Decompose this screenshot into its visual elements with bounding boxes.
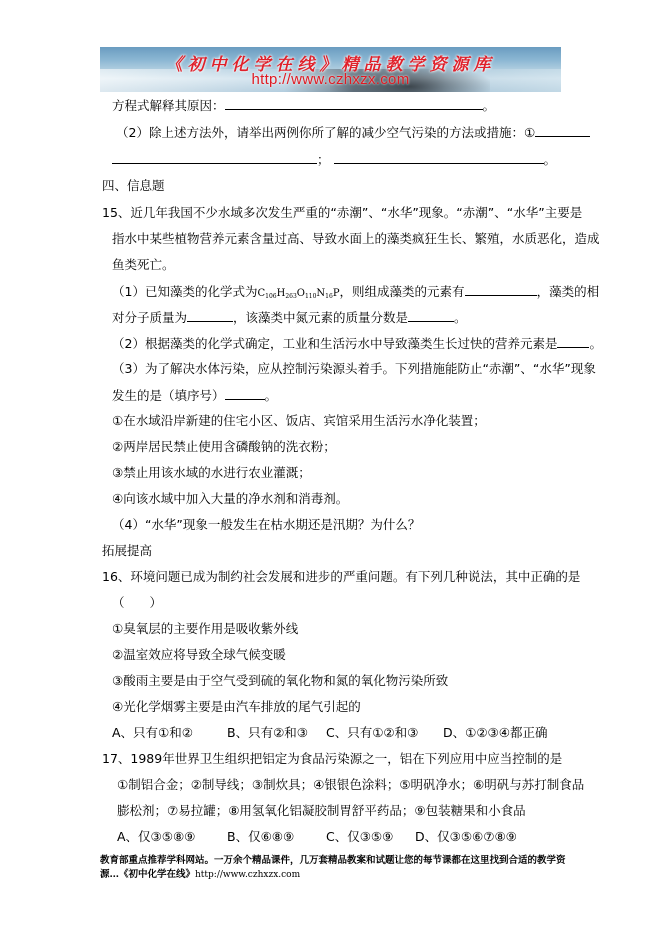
- q16-choice-b[interactable]: B、只有②和③: [227, 724, 308, 742]
- q17-choice-a[interactable]: A、仅③⑤⑧⑨: [117, 828, 195, 846]
- q15-option-1: ①在水域沿岸新建的住宅小区、饭店、宾馆采用生活污水净化装置；: [112, 412, 486, 430]
- q15-text-line-1: 15、近几年我国不少水域多次发生严重的“赤潮”、“水华”现象。“赤潮”、“水华”…: [102, 204, 582, 222]
- q15-option-3: ③禁止用该水域的水进行农业灌溉；: [112, 464, 311, 482]
- q17-choice-b[interactable]: B、仅⑥⑧⑨: [227, 828, 294, 846]
- footer-text: 教育部重点推荐学科网站。一万余个精品课件，几万套精品教案和试题让您的每节课都在这…: [100, 855, 566, 880]
- answer-blank[interactable]: [334, 150, 544, 164]
- answer-blank[interactable]: [535, 123, 590, 137]
- q16-statement-2: ②温室效应将导致全球气候变暖: [112, 646, 286, 664]
- page-footer: 教育部重点推荐学科网站。一万余个精品课件，几万套精品教案和试题让您的每节课都在这…: [100, 854, 570, 882]
- q15-3-line-2: 发生的是（填序号）。: [112, 386, 277, 405]
- text: 。: [544, 152, 557, 167]
- q15-option-2: ②两岸居民禁止使用含磷酸钠的洗衣粉；: [112, 438, 336, 456]
- q15-1-line-1: （1）已知藻类的化学式为C106H263O110N16P，则组成藻类的元素有，藻…: [112, 282, 599, 306]
- text: ，藻类的相: [537, 284, 600, 299]
- text: 。: [454, 310, 467, 325]
- q17-text-line-3: 膨松剂；⑦易拉罐；⑧用氢氧化铝凝胶制胃舒平药品；⑨包装糖果和小食品: [117, 802, 526, 820]
- chemical-formula: C106H263O110N16P: [257, 288, 339, 299]
- section-heading-info: 四、信息题: [102, 177, 165, 195]
- q16-text-line: 16、环境问题已成为制约社会发展和进步的严重问题。有下列几种说法，其中正确的是: [102, 568, 580, 586]
- q16-statement-4: ④光化学烟雾主要是由汽车排放的尾气引起的: [112, 698, 361, 716]
- answer-blank[interactable]: [465, 282, 537, 296]
- q15-3-line-1: （3）为了解决水体污染，应从控制污染源头着手。下列措施能防止“赤潮”、“水华”现…: [112, 360, 596, 378]
- q17-choice-c[interactable]: C、仅③⑤⑨: [326, 828, 393, 846]
- q17-text-line-2: ①制铝合金；②制导线；③制炊具；④银银色涂料；⑤明矾净水；⑥明矾与苏打制食品: [117, 776, 584, 794]
- q16-choice-d[interactable]: D、①②③④都正确: [443, 724, 547, 742]
- answer-blank[interactable]: [187, 308, 233, 322]
- q16-statement-1: ①臭氧层的主要作用是吸收紫外线: [112, 620, 298, 638]
- answer-blank[interactable]: [557, 334, 589, 348]
- q15-1-line-2: 对分子质量为，该藻类中氮元素的质量分数是。: [112, 308, 467, 327]
- text: （2）除上述方法外，请举出两例你所了解的减少空气污染的方法或措施：①: [116, 125, 535, 140]
- text: ，该藻类中氮元素的质量分数是: [233, 310, 408, 325]
- q15-text-line-2: 指水中某些植物营养元素含量过高、导致水面上的藻类疯狂生长、繁殖，水质恶化，造成: [112, 230, 600, 248]
- text: ，则组成藻类的元素有: [340, 284, 465, 299]
- text: 。: [265, 388, 278, 403]
- q16-choice-c[interactable]: C、只有①②和③: [326, 724, 418, 742]
- q15-option-4: ④向该水域中加入大量的净水剂和消毒剂。: [112, 490, 348, 508]
- text: 。: [483, 98, 496, 113]
- header-banner: 《初中化学在线》精品教学资源库 http://www.czhxzx.com: [100, 47, 561, 92]
- text: 对分子质量为: [112, 310, 187, 325]
- text: 。: [589, 336, 602, 351]
- text: （2）根据藻类的化学式确定，工业和生活污水中导致藻类生长过快的营养元素是: [112, 336, 557, 351]
- q17-text-line-1: 17、1989年世界卫生组织把铝定为食品污染源之一，铝在下列应用中应当控制的是: [102, 750, 562, 768]
- text: 发生的是（填序号）: [112, 388, 225, 403]
- q17-choice-d[interactable]: D、仅③⑤⑥⑦⑧⑨: [415, 828, 517, 846]
- q16-choice-a[interactable]: A、只有①和②: [112, 724, 193, 742]
- q14-2-line: （2）除上述方法外，请举出两例你所了解的减少空气污染的方法或措施：①: [116, 123, 590, 142]
- text: ；: [317, 152, 330, 167]
- q14-2-blanks-line: ； 。: [112, 150, 556, 169]
- text: （1）已知藻类的化学式为: [112, 284, 257, 299]
- q16-answer-paren[interactable]: （ ）: [112, 594, 162, 612]
- section-heading-extension: 拓展提高: [102, 542, 152, 560]
- answer-blank[interactable]: [112, 150, 317, 164]
- footer-url[interactable]: http://www.czhxzx.com: [195, 870, 300, 880]
- q15-text-line-3: 鱼类死亡。: [112, 256, 175, 274]
- q15-2-line: （2）根据藻类的化学式确定，工业和生活污水中导致藻类生长过快的营养元素是。: [112, 334, 602, 353]
- banner-url[interactable]: http://www.czhxzx.com: [100, 71, 561, 88]
- answer-blank[interactable]: [225, 96, 483, 110]
- q15-4-line: （4）“水华”现象一般发生在枯水期还是汛期？为什么？: [112, 516, 420, 534]
- text: 方程式解释其原因：: [112, 98, 225, 113]
- answer-blank[interactable]: [408, 308, 454, 322]
- equation-reason-line: 方程式解释其原因：。: [112, 96, 495, 115]
- q16-statement-3: ③酸雨主要是由于空气受到硫的氧化物和氮的氧化物污染所致: [112, 672, 448, 690]
- answer-blank[interactable]: [225, 386, 265, 400]
